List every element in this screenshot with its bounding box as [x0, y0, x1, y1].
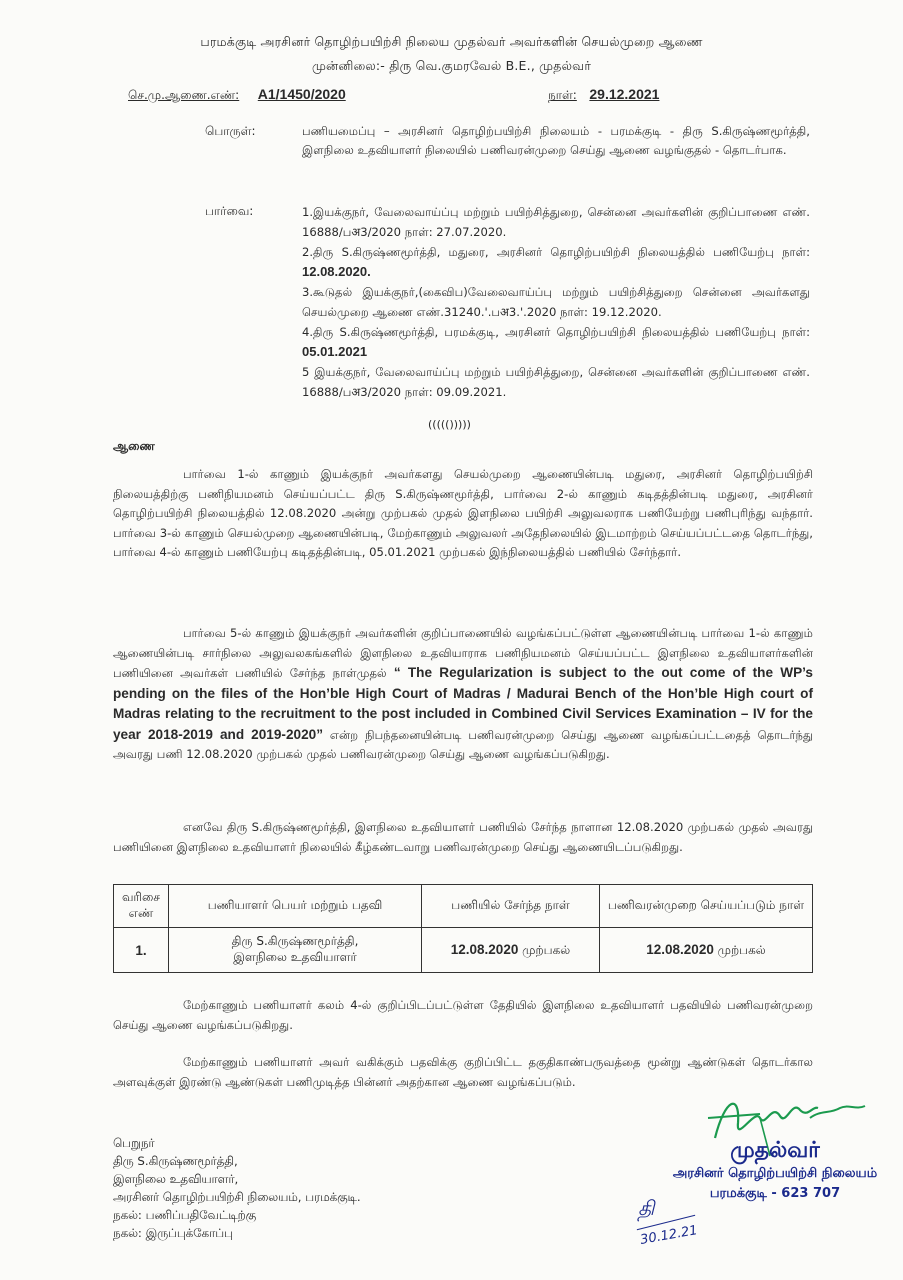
reference-item-4: 4.திரு S.கிருஷ்ணமூர்த்தி, பரமக்குடி, அரச…: [302, 322, 810, 362]
order-paragraph-1: பார்வை 1-ல் காணும் இயக்குநர் அவர்களது செ…: [113, 465, 813, 563]
order-paragraph-4: மேற்காணும் பணியாளர் கலம் 4-ல் குறிப்பிடப…: [113, 996, 813, 1035]
references-list: 1.இயக்குநர், வேலைவாய்ப்பு மற்றும் பயிற்ச…: [302, 202, 810, 402]
subject-text: பணியமைப்பு – அரசினர் தொழிற்பயிற்சி நிலைய…: [302, 122, 810, 160]
table-header-row: வரிசை எண் பணியாளர் பெயர் மற்றும் பதவி பண…: [114, 885, 813, 928]
stamp-office: அரசினர் தொழிற்பயிற்சி நிலையம்: [650, 1166, 900, 1182]
separator: ((((())))): [428, 418, 471, 431]
col-header-joined: பணியில் சேர்ந்த நாள்: [422, 885, 600, 928]
cell-regularized-date: 12.08.2020 முற்பகல்: [600, 928, 813, 973]
copy-line: நகல்: இருப்புக்கோப்பு: [113, 1224, 361, 1242]
reference-item-3: 3.கூடுதல் இயக்குநர்,(கைவிப)வேலைவாய்ப்பு …: [302, 282, 810, 322]
table-row: 1. திரு S.கிருஷ்ணமூர்த்தி, இளநிலை உதவியா…: [114, 928, 813, 973]
handwritten-initial: தி: [638, 1196, 654, 1223]
cell-joined-date: 12.08.2020 முற்பகல்: [422, 928, 600, 973]
stamp-title: முதல்வர்: [660, 1138, 890, 1166]
reference-item-2: 2.திரு S.கிருஷ்ணமூர்த்தி, மதுரை, அரசினர்…: [302, 242, 810, 282]
copy-line: நகல்: பணிப்பதிவேட்டிற்கு: [113, 1206, 361, 1224]
order-number: A1/1450/2020: [258, 86, 346, 102]
reference-item-5: 5 இயக்குநர், வேலைவாய்ப்பு மற்றும் பயிற்ச…: [302, 362, 810, 402]
cell-serial: 1.: [114, 928, 169, 973]
col-header-name: பணியாளர் பெயர் மற்றும் பதவி: [169, 885, 422, 928]
order-number-label: செ.மு.ஆணை.எண்:: [128, 88, 239, 102]
references-label: பார்வை:: [205, 204, 253, 220]
recipient-block: பெறுநர் திரு S.கிருஷ்ணமூர்த்தி, இளநிலை உ…: [113, 1134, 361, 1242]
header-line-2: முன்னிலை:- திரு வெ.குமரவேல் B.E., முதல்வ…: [0, 58, 903, 75]
recipient-line: இளநிலை உதவியாளர்,: [113, 1170, 361, 1188]
cell-name: திரு S.கிருஷ்ணமூர்த்தி, இளநிலை உதவியாளர்: [169, 928, 422, 973]
government-order-document: பரமக்குடி அரசினர் தொழிற்பயிற்சி நிலைய மு…: [0, 0, 903, 1280]
order-paragraph-3: எனவே திரு S.கிருஷ்ணமூர்த்தி, இளநிலை உதவி…: [113, 818, 813, 857]
order-date: 29.12.2021: [589, 86, 659, 102]
order-number-block: செ.மு.ஆணை.எண்: A1/1450/2020: [128, 86, 346, 104]
order-heading: ஆணை: [113, 439, 155, 455]
order-date-label: நாள்:: [548, 88, 577, 102]
subject-label: பொருள்:: [205, 124, 256, 140]
order-paragraph-2: பார்வை 5-ல் காணும் இயக்குநர் அவர்களின் க…: [113, 624, 813, 765]
recipient-line: அரசினர் தொழிற்பயிற்சி நிலையம், பரமக்குடி…: [113, 1188, 361, 1206]
header-line-1: பரமக்குடி அரசினர் தொழிற்பயிற்சி நிலைய மு…: [0, 34, 903, 51]
stamp-place: பரமக்குடி - 623 707: [660, 1186, 890, 1202]
reference-item-1: 1.இயக்குநர், வேலைவாய்ப்பு மற்றும் பயிற்ச…: [302, 202, 810, 242]
recipient-label: பெறுநர்: [113, 1134, 361, 1152]
recipient-line: திரு S.கிருஷ்ணமூர்த்தி,: [113, 1152, 361, 1170]
col-header-regularized: பணிவரன்முறை செய்யப்படும் நாள்: [600, 885, 813, 928]
order-date-block: நாள்: 29.12.2021: [548, 86, 659, 104]
regularization-table: வரிசை எண் பணியாளர் பெயர் மற்றும் பதவி பண…: [113, 884, 813, 973]
col-header-serial: வரிசை எண்: [114, 885, 169, 928]
order-paragraph-5: மேற்காணும் பணியாளர் அவர் வகிக்கும் பதவிக…: [113, 1053, 813, 1092]
